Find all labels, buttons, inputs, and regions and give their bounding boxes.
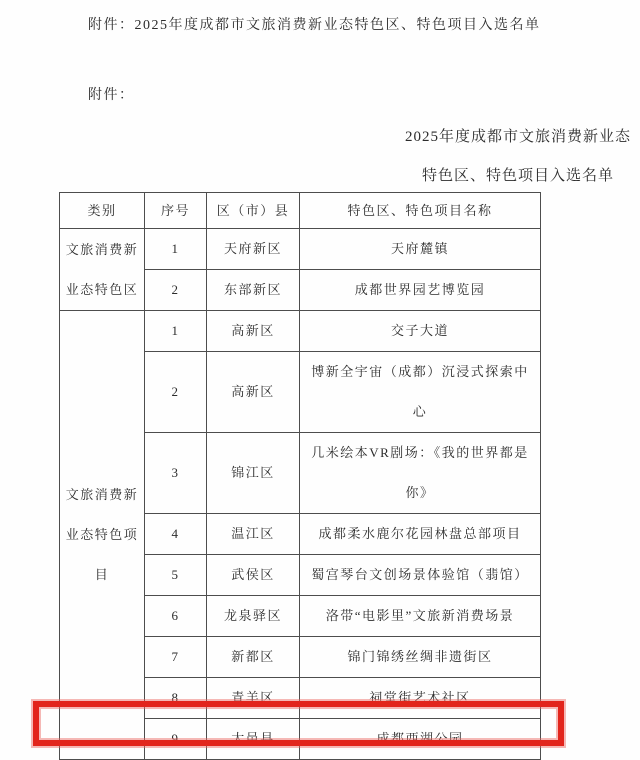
- document-page: 附件：2025年度成都市文旅消费新业态特色区、特色项目入选名单 附件： 2025…: [0, 0, 640, 760]
- project-cell: 天府麓镇: [300, 229, 541, 270]
- column-header-district: 区（市）县: [207, 193, 300, 229]
- number-cell: 1: [145, 229, 207, 270]
- project-cell: 祠堂街艺术社区: [300, 678, 541, 719]
- table-row: 文旅消费新业态特色区 1 天府新区 天府麓镇: [60, 229, 541, 270]
- column-header-number: 序号: [145, 193, 207, 229]
- district-cell: 东部新区: [207, 270, 300, 311]
- number-cell: 8: [145, 678, 207, 719]
- number-cell: 9: [145, 719, 207, 760]
- table-header-row: 类别 序号 区（市）县 特色区、特色项目名称: [60, 193, 541, 229]
- district-cell: 大邑县: [207, 719, 300, 760]
- number-cell: 5: [145, 555, 207, 596]
- district-cell: 高新区: [207, 352, 300, 433]
- district-cell: 高新区: [207, 311, 300, 352]
- project-cell: 博新全宇宙（成都）沉浸式探索中心: [300, 352, 541, 433]
- category-cell-special-projects: 文旅消费新业态特色项目: [60, 311, 145, 760]
- project-cell: 交子大道: [300, 311, 541, 352]
- project-cell: 锦门锦绣丝绸非遗街区: [300, 637, 541, 678]
- district-cell: 锦江区: [207, 433, 300, 514]
- number-cell: 2: [145, 352, 207, 433]
- number-cell: 2: [145, 270, 207, 311]
- district-cell: 温江区: [207, 514, 300, 555]
- number-cell: 7: [145, 637, 207, 678]
- project-cell: 几米绘本VR剧场：《我的世界都是你》: [300, 433, 541, 514]
- project-cell: 成都柔水鹿尔花园林盘总部项目: [300, 514, 541, 555]
- selection-table: 类别 序号 区（市）县 特色区、特色项目名称 文旅消费新业态特色区 1 天府新区…: [59, 192, 541, 760]
- number-cell: 6: [145, 596, 207, 637]
- project-cell: 洛带“电影里”文旅新消费场景: [300, 596, 541, 637]
- document-title-line-1: 2025年度成都市文旅消费新业态: [358, 127, 640, 147]
- district-cell: 武侯区: [207, 555, 300, 596]
- project-cell: 成都西湖公园: [300, 719, 541, 760]
- attachment-label: 附件：: [88, 84, 135, 104]
- number-cell: 1: [145, 311, 207, 352]
- column-header-project-name: 特色区、特色项目名称: [300, 193, 541, 229]
- category-cell-special-zones: 文旅消费新业态特色区: [60, 229, 145, 311]
- district-cell: 天府新区: [207, 229, 300, 270]
- number-cell: 3: [145, 433, 207, 514]
- attachment-title-line: 附件：2025年度成都市文旅消费新业态特色区、特色项目入选名单: [88, 14, 541, 34]
- district-cell: 新都区: [207, 637, 300, 678]
- project-cell: 成都世界园艺博览园: [300, 270, 541, 311]
- document-title: 2025年度成都市文旅消费新业态 特色区、特色项目入选名单: [358, 127, 640, 186]
- column-header-category: 类别: [60, 193, 145, 229]
- number-cell: 4: [145, 514, 207, 555]
- district-cell: 青羊区: [207, 678, 300, 719]
- document-title-line-2: 特色区、特色项目入选名单: [358, 166, 640, 186]
- project-cell: 蜀宫琴台文创场景体验馆（翡馆）: [300, 555, 541, 596]
- district-cell: 龙泉驿区: [207, 596, 300, 637]
- table-row: 文旅消费新业态特色项目 1 高新区 交子大道: [60, 311, 541, 352]
